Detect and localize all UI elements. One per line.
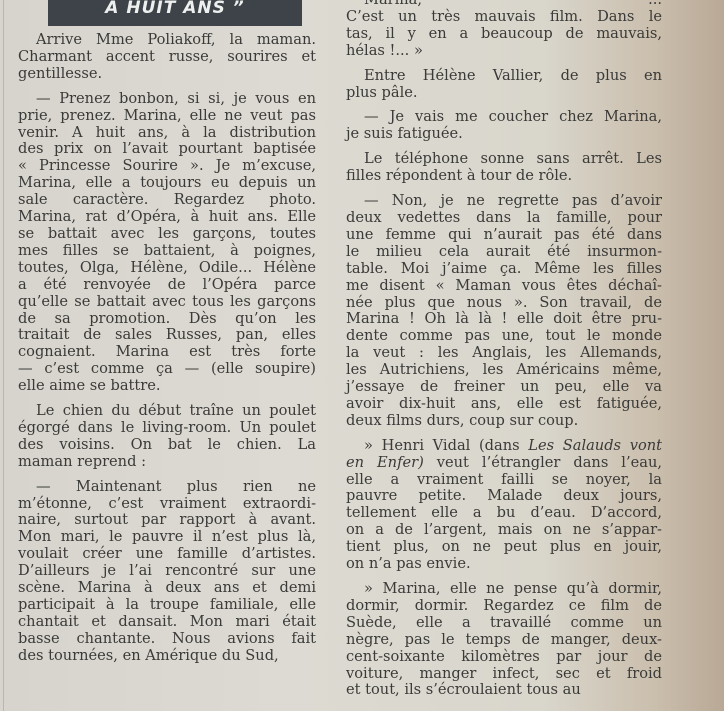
title-banner: A HUIT ANS ”	[48, 0, 302, 26]
text-line: mes filles se battaient, à poignes,	[18, 243, 316, 260]
paragraph: » Marina, elle ne pense qu’à dormir,dorm…	[346, 581, 662, 699]
magazine-page: A HUIT ANS ” Arrive Mme Poliakoff, la ma…	[0, 0, 724, 711]
text-line: cognaient. Marina est très forte	[18, 344, 316, 361]
text-line: Suède, elle a travaillé comme un	[346, 615, 662, 632]
text-line: Marina, elle a toujours eu depuis un	[18, 175, 316, 192]
text-line: voiture, manger infect, sec et froid	[346, 666, 662, 683]
text-line: Marina, rat d’Opéra, à huit ans. Elle	[18, 209, 316, 226]
paragraph: Arrive Mme Poliakoff, la maman.Charmant …	[18, 32, 316, 83]
text-line: — Prenez bonbon, si si, je vous en	[18, 91, 316, 108]
text-line: toutes, Olga, Hélène, Odile... Hélène	[18, 260, 316, 277]
text-line: voulait créer une famille d’artistes.	[18, 546, 316, 563]
text-line: née plus que nous ». Son travail, de	[346, 295, 662, 312]
text-line: j’essaye de freiner un peu, elle va	[346, 379, 662, 396]
text-line: maman reprend :	[18, 454, 316, 471]
text-line: deux vedettes dans la famille, pour	[346, 210, 662, 227]
text-line: la veut : les Anglais, les Allemands,	[346, 345, 662, 362]
text-line: — Non, je ne regrette pas d’avoir	[346, 193, 662, 210]
text-line: prie, prenez. Marina, elle ne veut pas	[18, 108, 316, 125]
text-line: gentillesse.	[18, 66, 316, 83]
text-line: — c’est comme ça — (elle soupire)	[18, 361, 316, 378]
paragraph: — Maintenant plus rien nem’étonne, c’est…	[18, 479, 316, 665]
text-line: une femme qui n’aurait pas été dans	[346, 227, 662, 244]
paragraph: Marina, ...C’est un très mauvais film. D…	[346, 0, 662, 60]
text-line: Le chien du début traîne un poulet	[18, 403, 316, 420]
text-line: dormir, dormir. Regardez ce film de	[346, 598, 662, 615]
paragraph: — Non, je ne regrette pas d’avoirdeux ve…	[346, 193, 662, 430]
text-line: — Je vais me coucher chez Marina,	[346, 109, 662, 126]
text-line: et tout, ils s’écroulaient tous au	[346, 682, 662, 699]
text-line: naire, surtout par rapport à avant.	[18, 512, 316, 529]
text-line: a été renvoyée de l’Opéra parce	[18, 277, 316, 294]
text-line: cent-soixante kilomètres par jour de	[346, 649, 662, 666]
text-line: elle a vraiment failli se noyer, la	[346, 472, 662, 489]
text-line: tient plus, on ne peut plus en jouir,	[346, 539, 662, 556]
text-line: Mon mari, le pauvre il n’est plus là,	[18, 529, 316, 546]
text-line: sale caractère. Regardez photo.	[18, 192, 316, 209]
text-line: « Princesse Sourire ». Je m’excuse,	[18, 158, 316, 175]
text-line: avoir dix-huit ans, elle est fatiguée,	[346, 396, 662, 413]
text-line: Entre Hélène Vallier, de plus en	[346, 68, 662, 85]
left-column: Arrive Mme Poliakoff, la maman.Charmant …	[18, 32, 316, 673]
text-line: deux films durs, coup sur coup.	[346, 413, 662, 430]
text-line: Le téléphone sonne sans arrêt. Les	[346, 151, 662, 168]
text-line: Charmant accent russe, sourires et	[18, 49, 316, 66]
text-line: » Marina, elle ne pense qu’à dormir,	[346, 581, 662, 598]
text-line: on a de l’argent, mais on ne s’appar-	[346, 522, 662, 539]
text-line: C’est un très mauvais film. Dans le	[346, 9, 662, 26]
right-column: Marina, ...C’est un très mauvais film. D…	[346, 0, 662, 707]
text-line: basse chantante. Nous avions fait	[18, 631, 316, 648]
text-line: des prix on l’avait pourtant baptisée	[18, 141, 316, 158]
text-line: — Maintenant plus rien ne	[18, 479, 316, 496]
text-line: plus pâle.	[346, 85, 662, 102]
text-line: D’ailleurs je l’ai rencontré sur une	[18, 563, 316, 580]
text-line: table. Moi j’aime ça. Même les filles	[346, 261, 662, 278]
text-line: » Henri Vidal (dans Les Salauds vont	[346, 438, 662, 455]
text-line: tas, il y en a beaucoup de mauvais,	[346, 26, 662, 43]
text-line: chantait et dansait. Mon mari était	[18, 614, 316, 631]
text-line: égorgé dans le living-room. Un poulet	[18, 420, 316, 437]
paragraph: — Prenez bonbon, si si, je vous enprie, …	[18, 91, 316, 395]
text-line: dente comme pas une, tout le monde	[346, 328, 662, 345]
text-line: elle aime se battre.	[18, 378, 316, 395]
text-line: le milieu cela aurait été insurmon-	[346, 244, 662, 261]
text-line: hélas !... »	[346, 43, 662, 60]
text-line: Marina ! Oh là là ! elle doit être pru-	[346, 311, 662, 328]
text-line: qu’elle se battait avec tous les garçons	[18, 294, 316, 311]
column-rule	[3, 0, 4, 711]
text-line: tellement elle a bu d’eau. D’accord,	[346, 505, 662, 522]
text-line: pauvre petite. Malade deux jours,	[346, 488, 662, 505]
text-line: des voisins. On bat le chien. La	[18, 437, 316, 454]
text-line: Arrive Mme Poliakoff, la maman.	[18, 32, 316, 49]
text-line: les Autrichiens, les Américains même,	[346, 362, 662, 379]
text-line: nègre, pas le temps de manger, deux-	[346, 632, 662, 649]
text-line: venir. A huit ans, à la distribution	[18, 125, 316, 142]
paragraph: — Je vais me coucher chez Marina,je suis…	[346, 109, 662, 143]
text-line: me disent « Maman vous êtes déchaî-	[346, 278, 662, 295]
text-line: filles répondent à tour de rôle.	[346, 168, 662, 185]
text-line: scène. Marina à deux ans et demi	[18, 580, 316, 597]
paragraph: Le téléphone sonne sans arrêt. Lesfilles…	[346, 151, 662, 185]
text-line: participait à la troupe familiale, elle	[18, 597, 316, 614]
text-line: de sa promotion. Dès qu’on les	[18, 311, 316, 328]
text-line: se battait avec les garçons, toutes	[18, 226, 316, 243]
text-line: m’étonne, c’est vraiment extraordi-	[18, 496, 316, 513]
text-line: on n’a pas envie.	[346, 556, 662, 573]
paragraph: Le chien du début traîne un pouletégorgé…	[18, 403, 316, 471]
text-line: des tournées, en Amérique du Sud,	[18, 648, 316, 665]
text-line: traitait de sales Russes, pan, elles	[18, 327, 316, 344]
text-line: en Enfer) veut l’étrangler dans l’eau,	[346, 455, 662, 472]
paragraph: » Henri Vidal (dans Les Salauds vonten E…	[346, 438, 662, 573]
text-line: je suis fatiguée.	[346, 126, 662, 143]
paragraph: Entre Hélène Vallier, de plus enplus pâl…	[346, 68, 662, 102]
